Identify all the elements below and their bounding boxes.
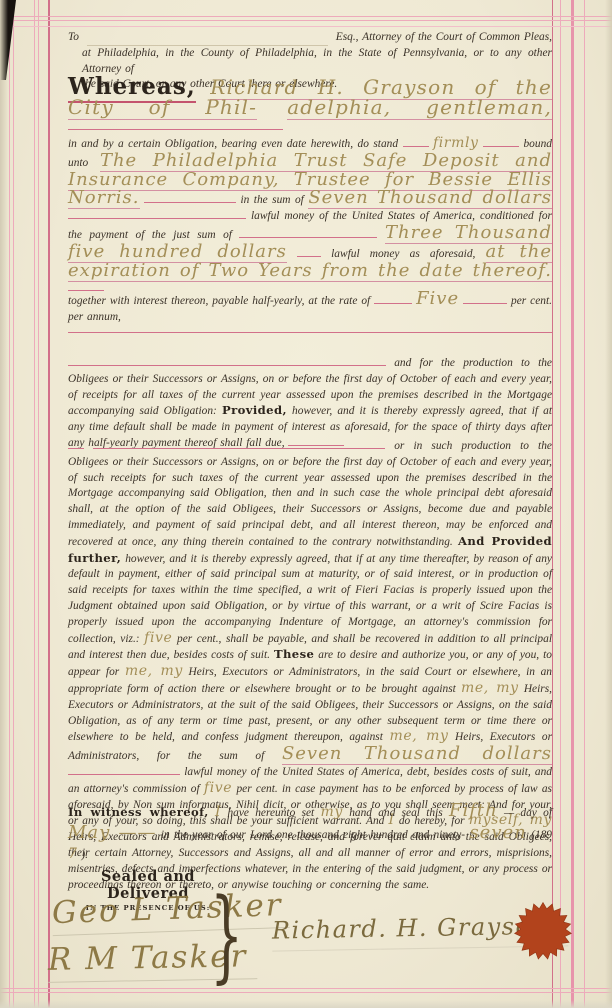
form-blank-line <box>93 439 385 449</box>
printed-text: in the sum of <box>240 194 303 206</box>
handwritten-text: me, my <box>461 680 519 696</box>
form-blank-line <box>239 228 377 238</box>
handwritten-text: 7 <box>68 846 78 862</box>
handwritten-text: Five <box>416 288 459 309</box>
legal-document-page: To Esq., Attorney of the Court of Common… <box>0 0 612 1008</box>
blackletter-text: In witness whereof, <box>68 805 209 819</box>
interest-rate-line: together with interest thereon, payable … <box>68 291 552 326</box>
paper-edge <box>0 1000 612 1008</box>
handwritten-text: Seven Thousand dollars <box>308 187 552 209</box>
form-blank-line <box>403 137 429 147</box>
paper-edge <box>0 0 8 1008</box>
handwritten-text: May —— <box>68 822 157 843</box>
wax-seal-icon <box>513 901 573 961</box>
handwritten-text: Seven Thousand dollars <box>282 743 552 765</box>
form-blank-line <box>374 294 412 304</box>
margin-line-red <box>48 0 50 1008</box>
printed-text: lawful money <box>251 210 314 222</box>
printed-text: — <box>504 807 514 819</box>
handwritten-text: seven <box>469 822 526 843</box>
form-blank-line <box>68 765 180 775</box>
addressee-blank-line <box>87 35 328 46</box>
margin-line <box>571 0 574 1008</box>
printed-text: together with interest thereon, payable … <box>68 295 370 307</box>
handwritten-text: firmly <box>433 135 479 151</box>
handwritten-text: five <box>144 630 172 646</box>
margin-line <box>9 0 10 1008</box>
form-blank-line <box>483 137 519 147</box>
form-blank-line <box>68 356 386 366</box>
handwritten-text: me, my <box>389 728 448 744</box>
printed-text: ). <box>81 849 88 861</box>
witness-clause: In witness whereof, I have hereunto set … <box>68 801 552 865</box>
form-blank-line <box>68 439 84 449</box>
handwritten-text: adelphia, gentleman, <box>287 95 552 120</box>
blackletter-text: These <box>274 647 314 661</box>
production-clause: and for the production to the Obligees o… <box>68 356 552 452</box>
witness-brace: } <box>210 866 220 1006</box>
margin-line-red <box>552 0 553 1008</box>
witness-signature-1: Geo L Tasker <box>51 887 289 936</box>
bottom-rule <box>0 988 612 989</box>
form-blank-line <box>144 194 236 204</box>
printed-text: have hereunto set <box>227 807 314 819</box>
form-blank-line <box>463 294 507 304</box>
margin-line <box>560 0 561 1008</box>
top-rule <box>0 20 612 21</box>
blackletter-text: Provided, <box>222 403 287 417</box>
form-blank-line <box>297 247 321 257</box>
blank-form-rule <box>68 332 552 333</box>
handwritten-text: five <box>204 780 232 796</box>
printed-text: hand and seal this <box>349 807 443 819</box>
whereas-paragraph: Whereas, Richard H. Grayson of the City … <box>68 79 552 135</box>
paper-edge <box>605 0 612 1008</box>
margin-line <box>13 0 14 1008</box>
handwritten-text: Fifth <box>449 800 498 821</box>
top-rule <box>0 26 612 27</box>
printed-text: day of <box>520 807 552 819</box>
obligation-paragraph: in and by a certain Obligation, bearing … <box>68 136 552 297</box>
form-blank-line <box>68 210 246 220</box>
printed-text: (189 <box>531 829 552 841</box>
margin-line <box>584 0 585 1008</box>
printed-text: in and by a certain Obligation, bearing … <box>68 138 398 150</box>
bottom-rule <box>0 992 612 993</box>
printed-text: in the year of our Lord one thousand eig… <box>161 829 465 841</box>
form-blank-line <box>68 120 283 130</box>
esq-label: Esq., Attorney of the Court of Common Pl… <box>336 30 552 46</box>
printed-text: lawful money as aforesaid, <box>331 248 475 260</box>
printed-text: however, and it is thereby expressly agr… <box>68 553 552 645</box>
form-blank-line <box>68 282 104 292</box>
printed-text: or in such production to the Obligees or… <box>68 440 552 548</box>
handwritten-text: I <box>215 804 221 820</box>
handwritten-text: my <box>321 804 343 820</box>
handwritten-text: me, my <box>125 663 183 679</box>
margin-line <box>38 0 39 1008</box>
to-label: To <box>68 30 79 46</box>
margin-line <box>34 0 35 1008</box>
top-rule <box>0 16 612 17</box>
